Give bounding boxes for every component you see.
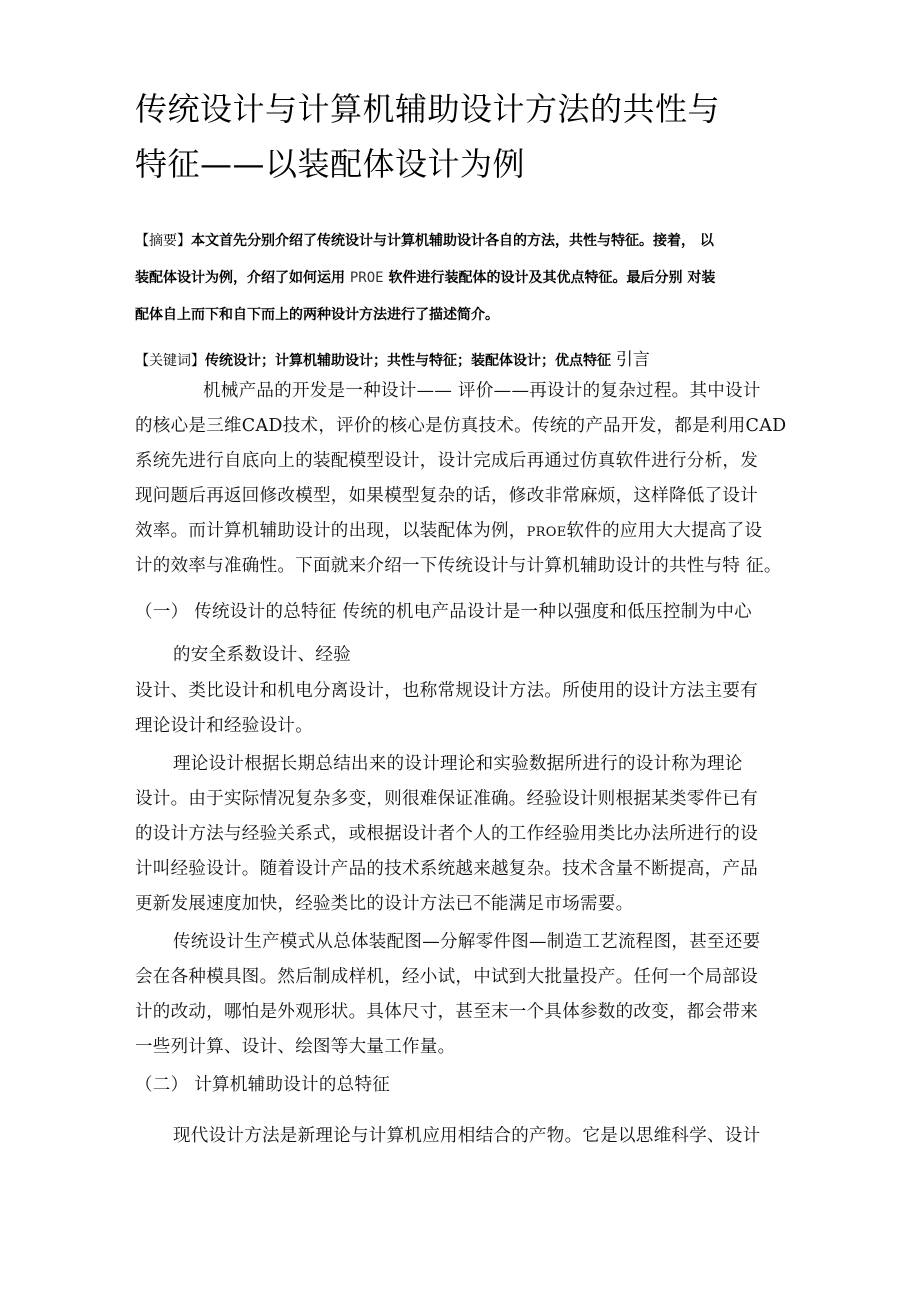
document-page: 传统设计与计算机辅助设计方法的共性与 特征——以装配体设计为例 【摘要】本文首先… xyxy=(0,0,920,1302)
production-line-4: 一些列计算、设计、绘图等大量工作量。 xyxy=(135,1033,455,1058)
abstract-text: 配体自上而下和自下而上的两种设计方法进行了描述简介。 xyxy=(135,307,499,323)
intro-text: 软件的应用大大提高了设 xyxy=(567,521,763,541)
theory-line-3: 的设计方法与经验关系式，或根据设计者个人的工作经验用类比办法所进行的设 xyxy=(135,820,758,845)
theory-line-2: 设计。由于实际情况复杂多变，则很难保证准确。经验设计则根据某类零件已有 xyxy=(135,785,758,810)
abstract-text: 本文首先分别介绍了传统设计与计算机辅助设计各自的方法，共性与特征。接着， 以 xyxy=(191,233,714,249)
section-1-line-1: 设计、类比设计和机电分离设计，也称常规设计方法。所使用的设计方法主要有 xyxy=(135,677,758,702)
modern-line-1: 现代设计方法是新理论与计算机应用相结合的产物。它是以思维科学、设计 xyxy=(173,1122,760,1147)
theory-line-4: 计叫经验设计。随着设计产品的技术系统越来越复杂。技术含量不断提高，产品 xyxy=(135,855,758,880)
keywords-line: 【关键词】传统设计；计算机辅助设计；共性与特征；装配体设计；优点特征 引言 xyxy=(135,345,650,370)
intro-line-5: 效率。而计算机辅助设计的出现，以装配体为例，PROE软件的应用大大提高了设 xyxy=(135,517,762,542)
software-name: PROE xyxy=(350,270,384,286)
abstract-line-1: 【摘要】本文首先分别介绍了传统设计与计算机辅助设计各自的方法，共性与特征。接着，… xyxy=(135,230,714,250)
document-title-line-2: 特征——以装配体设计为例 xyxy=(135,139,525,185)
intro-text: 效率。而计算机辅助设计的出现，以装配体为例， xyxy=(135,521,527,541)
theory-line-1: 理论设计根据长期总结出来的设计理论和实验数据所进行的设计称为理论 xyxy=(173,750,743,775)
production-line-2: 会在各种模具图。然后制成样机，经小试，中试到大批量投产。任何一个局部设 xyxy=(135,963,758,988)
keywords-tag: 【关键词】 xyxy=(135,353,205,369)
abstract-text: 装配体设计为例，介绍了如何运用 xyxy=(135,270,350,286)
intro-heading: 引言 xyxy=(616,350,650,370)
intro-line-4: 现问题后再返回修改模型，如果模型复杂的话，修改非常麻烦，这样降低了设计 xyxy=(135,482,758,507)
intro-line-3: 系统先进行自底向上的装配模型设计，设计完成后再通过仿真软件进行分析，发 xyxy=(135,447,758,472)
abstract-text: 软件进行装配体的设计及其优点特征。最后分别 对装 xyxy=(384,270,716,286)
production-line-1: 传统设计生产模式从总体装配图—分解零件图—制造工艺流程图，甚至还要 xyxy=(173,928,760,953)
keywords-text: 传统设计；计算机辅助设计；共性与特征；装配体设计；优点特征 xyxy=(205,353,611,369)
section-1-heading: （一） 传统设计的总特征 传统的机电产品设计是一种以强度和低压控制为中心 xyxy=(135,598,752,623)
abstract-line-3: 配体自上而下和自下而上的两种设计方法进行了描述简介。 xyxy=(135,304,499,324)
section-2-heading: （二） 计算机辅助设计的总特征 xyxy=(135,1071,390,1096)
intro-line-1: 机械产品的开发是一种设计—— 评价——再设计的复杂过程。其中设计 xyxy=(203,377,761,402)
intro-line-2: 的核心是三维CAD技术，评价的核心是仿真技术。传统的产品开发，都是利用CAD xyxy=(135,412,787,437)
software-name: PROE xyxy=(527,525,567,540)
section-1-heading-continued: 的安全系数设计、经验 xyxy=(173,641,351,666)
section-1-line-2: 理论设计和经验设计。 xyxy=(135,712,313,737)
document-title-line-1: 传统设计与计算机辅助设计方法的共性与 xyxy=(135,84,720,130)
abstract-line-2: 装配体设计为例，介绍了如何运用 PROE 软件进行装配体的设计及其优点特征。最后… xyxy=(135,267,715,287)
intro-line-6: 计的效率与准确性。下面就来介绍一下传统设计与计算机辅助设计的共性与特 征。 xyxy=(135,552,782,577)
abstract-tag: 【摘要】 xyxy=(135,233,191,249)
theory-line-5: 更新发展速度加快，经验类比的设计方法已不能满足市场需要。 xyxy=(135,890,633,915)
production-line-3: 计的改动，哪怕是外观形状。具体尺寸，甚至末一个具体参数的改变，都会带来 xyxy=(135,998,758,1023)
